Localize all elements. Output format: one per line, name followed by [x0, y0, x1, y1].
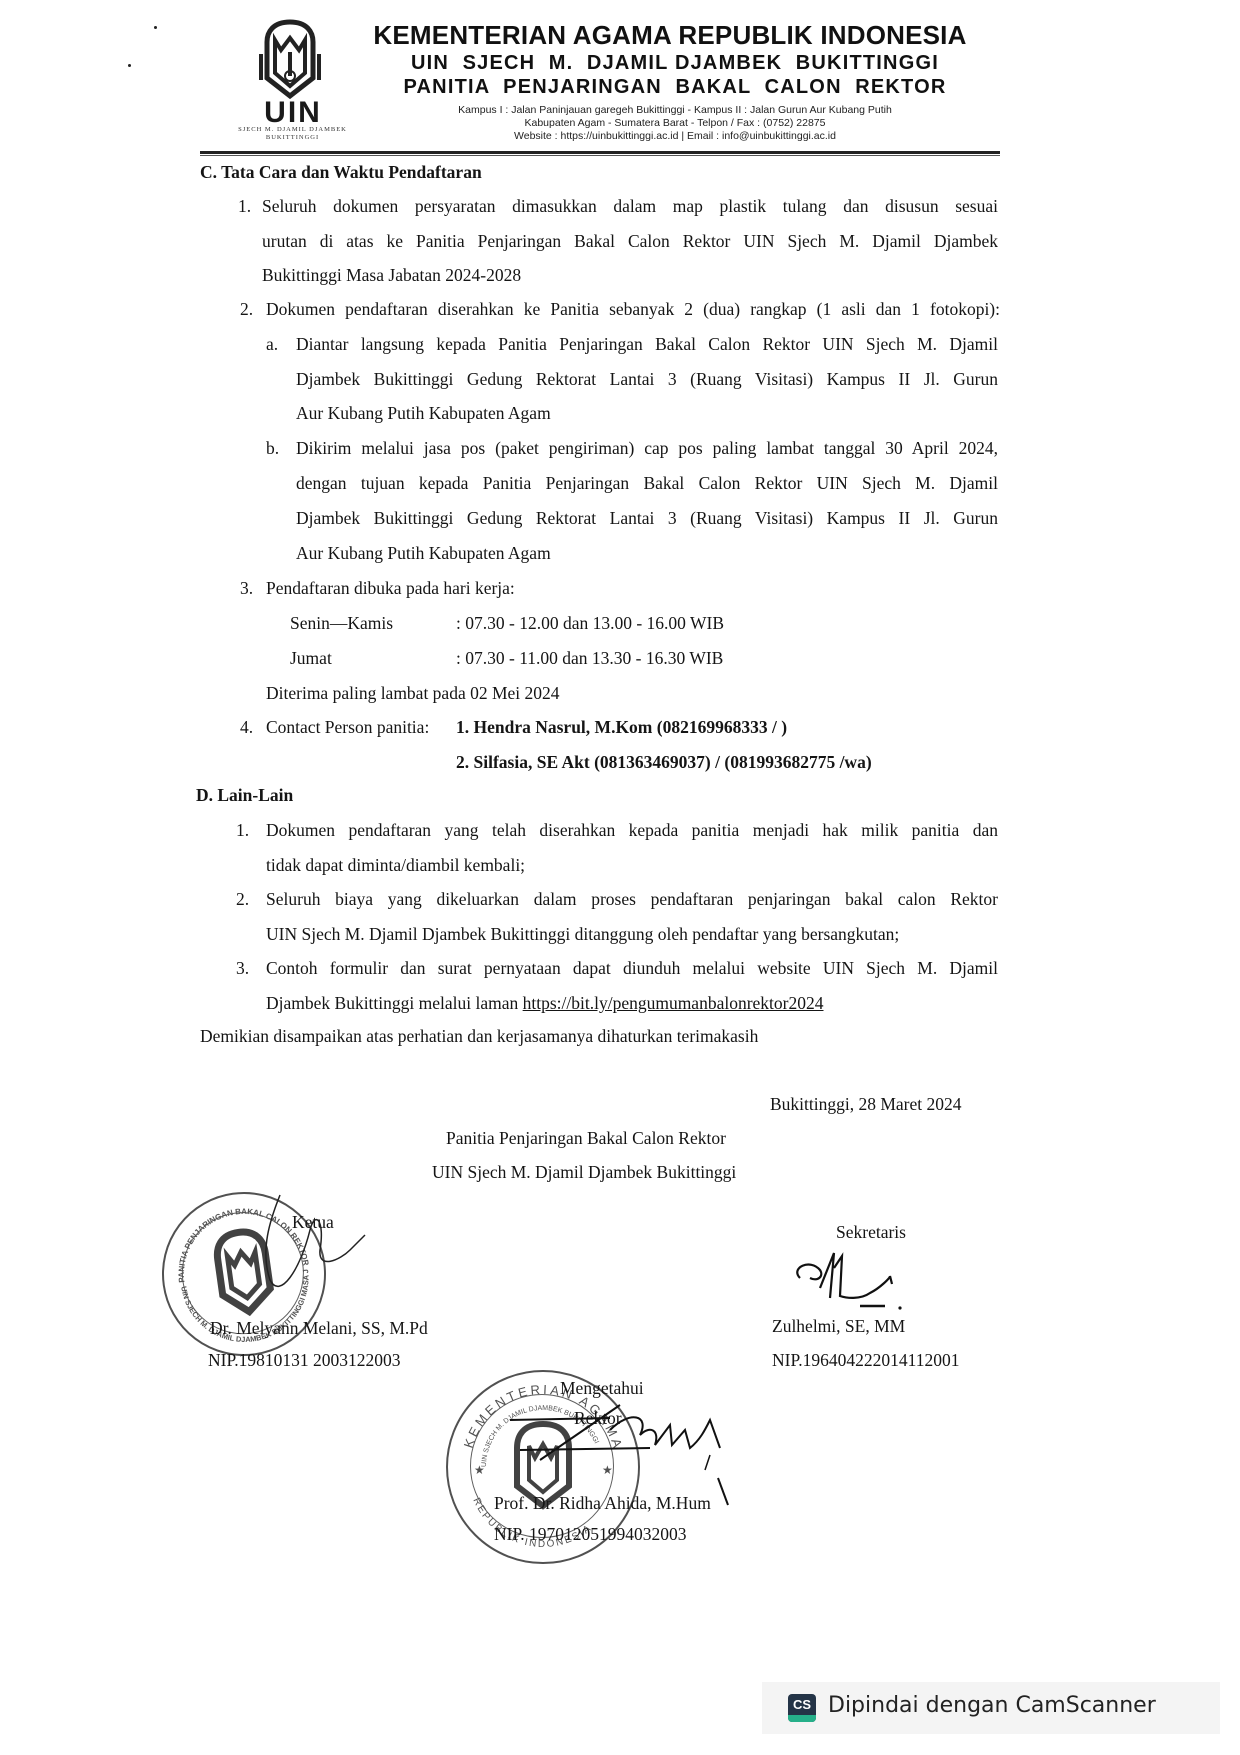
secretary-role: Sekretaris	[836, 1222, 906, 1242]
schedule-day: Senin—Kamis	[290, 613, 393, 633]
camscanner-logo-text: CS	[788, 1697, 816, 1712]
list-number: 1.	[236, 820, 249, 840]
registration-deadline: Diterima paling lambat pada 02 Mei 2024	[266, 683, 560, 703]
camscanner-logo-icon: CS	[788, 1694, 816, 1722]
place-date: Bukittinggi, 28 Maret 2024	[770, 1094, 962, 1114]
c3-text: Pendaftaran dibuka pada hari kerja:	[266, 578, 515, 598]
list-number: 4.	[240, 717, 253, 737]
list-number: 3.	[240, 578, 253, 598]
section-c-title: C. Tata Cara dan Waktu Pendaftaran	[200, 162, 482, 182]
letterhead-address: Kampus I : Jalan Paninjauan garegeh Buki…	[360, 104, 990, 143]
signatory-org: Panitia Penjaringan Bakal Calon Rektor	[446, 1128, 726, 1148]
acknowledged-label: Mengetahui	[560, 1378, 644, 1398]
chair-name: Dr. Melyann Melani, SS, M.Pd	[210, 1318, 428, 1338]
contact-line: Website : https://uinbukittinggi.ac.id |…	[360, 130, 990, 143]
contact-person: 1. Hendra Nasrul, M.Kom (082169968333 / …	[456, 717, 787, 737]
chair-nip: NIP.19810131 2003122003	[208, 1350, 401, 1370]
c2a-line: Djambek Bukittinggi Gedung Rektorat Lant…	[296, 369, 998, 389]
header-divider-thin	[200, 155, 1000, 156]
d3-line: Contoh formulir dan surat pernyataan dap…	[266, 958, 998, 978]
committee-title: PANITIA PENJARINGAN BAKAL CALON REKTOR	[360, 76, 990, 99]
c1-line: urutan di atas ke Panitia Penjaringan Ba…	[262, 231, 998, 251]
c2b-line: Aur Kubang Putih Kabupaten Agam	[296, 543, 551, 563]
c2-text: Dokumen pendaftaran diserahkan ke Paniti…	[266, 299, 1000, 319]
logo-subtitle-line1: SJECH M. DJAMIL DJAMBEK	[220, 126, 365, 134]
contact-person: 2. Silfasia, SE Akt (081363469037) / (08…	[456, 752, 872, 772]
closing-statement: Demikian disampaikan atas perhatian dan …	[200, 1026, 758, 1046]
d3-line-prefix: Djambek Bukittinggi melalui laman	[266, 993, 523, 1013]
logo-subtitle: SJECH M. DJAMIL DJAMBEK BUKITTINGGI	[220, 126, 365, 142]
scan-artifact	[128, 64, 131, 67]
list-number: 1.	[238, 196, 251, 216]
signatory-org: UIN Sjech M. Djamil Djambek Bukittinggi	[432, 1162, 736, 1182]
address-line: Kampus I : Jalan Paninjauan garegeh Buki…	[360, 104, 990, 117]
d2-line: Seluruh biaya yang dikeluarkan dalam pro…	[266, 889, 998, 909]
secretary-signature	[790, 1248, 940, 1318]
camscanner-label: Dipindai dengan CamScanner	[828, 1693, 1156, 1718]
logo-wordmark: UIN	[248, 96, 338, 130]
logo-subtitle-line2: BUKITTINGGI	[220, 134, 365, 142]
contact-label: Contact Person panitia:	[266, 717, 429, 737]
c2a-line: Diantar langsung kepada Panitia Penjarin…	[296, 334, 998, 354]
d1-line: Dokumen pendaftaran yang telah diserahka…	[266, 820, 998, 840]
section-d-title: D. Lain-Lain	[196, 785, 293, 805]
university-title: UIN SJECH M. DJAMIL DJAMBEK BUKITTINGGI	[360, 52, 990, 75]
schedule-day: Jumat	[290, 648, 332, 668]
secretary-name: Zulhelmi, SE, MM	[772, 1316, 905, 1336]
rector-nip: NIP. 197012051994032003	[494, 1524, 687, 1544]
secretary-nip: NIP.196404222014112001	[772, 1350, 959, 1370]
d3-line: Djambek Bukittinggi melalui laman https:…	[266, 993, 824, 1013]
list-number: 2.	[236, 889, 249, 909]
address-line: Kabupaten Agam - Sumatera Barat - Telpon…	[360, 117, 990, 130]
c2a-line: Aur Kubang Putih Kabupaten Agam	[296, 403, 551, 423]
schedule-hours: : 07.30 - 11.00 dan 13.30 - 16.30 WIB	[456, 648, 723, 668]
ministry-title: KEMENTERIAN AGAMA REPUBLIK INDONESIA	[350, 20, 990, 51]
c1-line: Bukittinggi Masa Jabatan 2024-2028	[262, 265, 521, 285]
c2b-line: Djambek Bukittinggi Gedung Rektorat Lant…	[296, 508, 998, 528]
c1-line: Seluruh dokumen persyaratan dimasukkan d…	[262, 196, 998, 216]
list-letter: b.	[266, 438, 279, 458]
header-divider	[200, 151, 1000, 154]
list-number: 2.	[240, 299, 253, 319]
c2b-line: dengan tujuan kepada Panitia Penjaringan…	[296, 473, 998, 493]
d2-line: UIN Sjech M. Djamil Djambek Bukittinggi …	[266, 924, 899, 944]
schedule-hours: : 07.30 - 12.00 dan 13.00 - 16.00 WIB	[456, 613, 724, 633]
list-number: 3.	[236, 958, 249, 978]
chair-signature	[240, 1190, 370, 1320]
list-letter: a.	[266, 334, 278, 354]
svg-text:★: ★	[474, 1463, 485, 1477]
d1-line: tidak dapat diminta/diambil kembali;	[266, 855, 525, 875]
c2b-line: Dikirim melalui jasa pos (paket pengirim…	[296, 438, 998, 458]
form-download-link[interactable]: https://bit.ly/pengumumanbalonrektor2024	[523, 993, 824, 1013]
scan-artifact	[154, 26, 157, 29]
rector-name: Prof. Dr. Ridha Ahida, M.Hum	[494, 1493, 711, 1513]
